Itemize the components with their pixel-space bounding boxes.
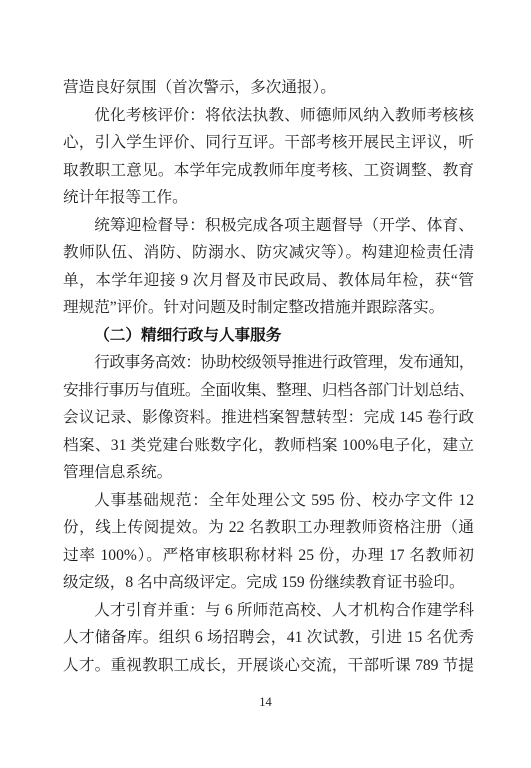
text-line: 单，本学年迎接 9 次月督及市民政局、教体局年检，获“管 <box>63 267 474 295</box>
text-line: 理规范”评价。针对问题及时制定整改措施并跟踪落实。 <box>63 294 474 322</box>
text-line: 人才。重视教职工成长，开展谈心交流，干部听课 789 节提 <box>63 652 474 680</box>
text-line: 行政事务高效：协助校级领导推进行政管理，发布通知， <box>63 349 474 377</box>
text-line: 管理信息系统。 <box>63 459 474 487</box>
text-line: 心，引入学生评价、同行互评。干部考核开展民主评议，听 <box>63 129 474 157</box>
text-line: 安排行事历与值班。全面收集、整理、归档各部门计划总结、 <box>63 377 474 405</box>
section-heading: （二）精细行政与人事服务 <box>63 322 474 350</box>
text-line: 会议记录、影像资料。推进档案智慧转型：完成 145 卷行政 <box>63 404 474 432</box>
text-line: 人事基础规范：全年处理公文 595 份、校办字文件 12 <box>63 487 474 515</box>
text-line: 教师队伍、消防、防溺水、防灾减灾等）。构建迎检责任清 <box>63 239 474 267</box>
text-line: 统计年报等工作。 <box>63 184 474 212</box>
text-line: 人才引育并重：与 6 所师范高校、人才机构合作建学科 <box>63 597 474 625</box>
document-body-text: 营造良好氛围（首次警示，多次通报）。 优化考核评价：将依法执教、师德师风纳入教师… <box>63 74 474 679</box>
text-line: 档案、31 类党建台账数字化，教师档案 100%电子化，建立 <box>63 432 474 460</box>
text-line: 统筹迎检督导：积极完成各项主题督导（开学、体育、 <box>63 212 474 240</box>
text-line: 取教职工意见。本学年完成教师年度考核、工资调整、教育 <box>63 157 474 185</box>
text-line: 份，线上传阅提效。为 22 名教职工办理教师资格注册（通 <box>63 514 474 542</box>
text-line: 人才储备库。组织 6 场招聘会，41 次试教，引进 15 名优秀 <box>63 624 474 652</box>
text-line: 优化考核评价：将依法执教、师德师风纳入教师考核核 <box>63 102 474 130</box>
text-line: 级定级，8 名中高级评定。完成 159 份继续教育证书验印。 <box>63 569 474 597</box>
page-number: 14 <box>0 693 531 711</box>
text-line: 过率 100%）。严格审核职称材料 25 份，办理 17 名教师初 <box>63 542 474 570</box>
text-line: 营造良好氛围（首次警示，多次通报）。 <box>63 74 474 102</box>
document-page: 营造良好氛围（首次警示，多次通报）。 优化考核评价：将依法执教、师德师风纳入教师… <box>0 0 531 768</box>
